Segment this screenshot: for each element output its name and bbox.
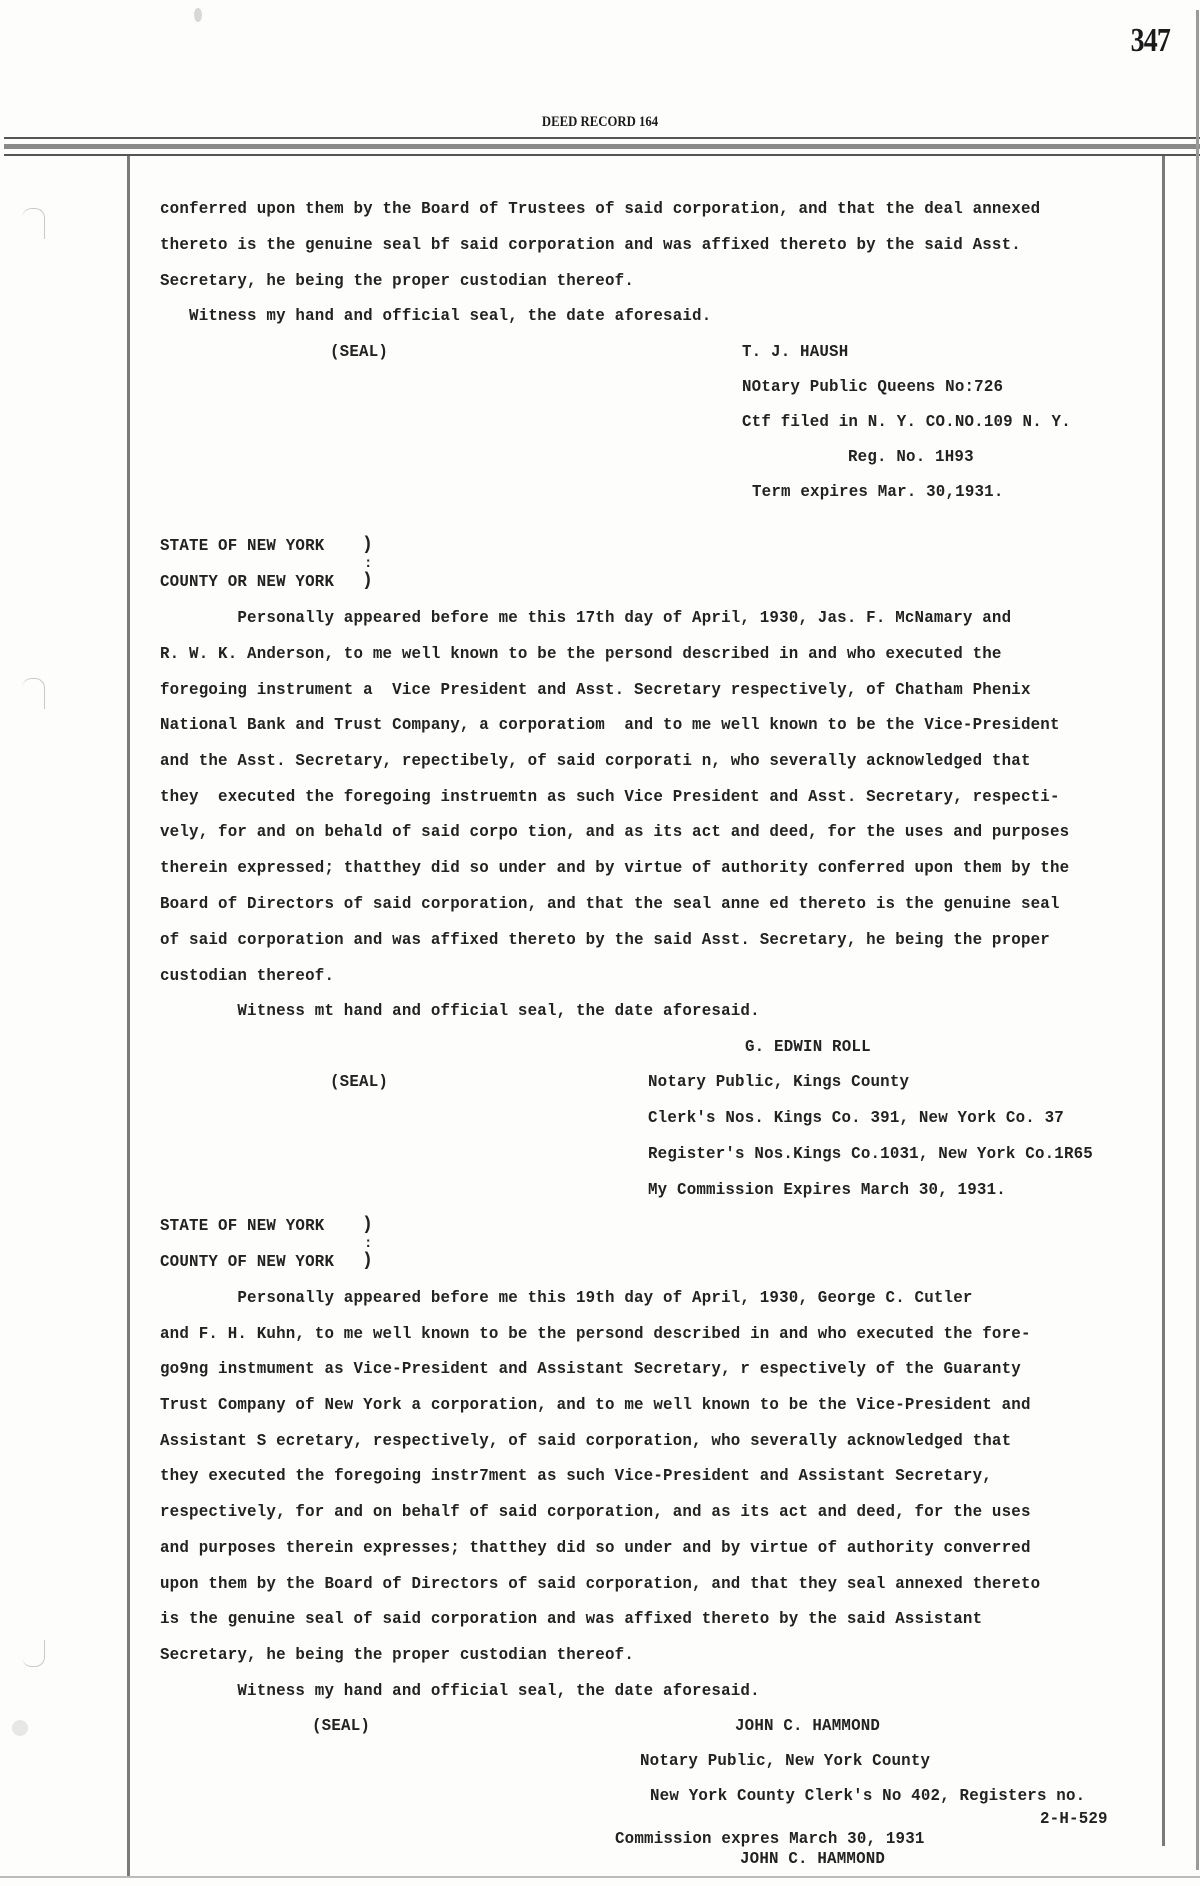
- body-text-line: vely, for and on behald of said corpo ti…: [160, 823, 1069, 843]
- notary-detail: Commission expres March 30, 1931: [615, 1830, 925, 1850]
- venue-county: COUNTY OF NEW YORK: [160, 1253, 334, 1273]
- body-text-line: foregoing instrument a Vice President an…: [160, 681, 1031, 701]
- body-text-line: Secretary, he being the proper custodian…: [160, 1646, 634, 1666]
- body-text-line: R. W. K. Anderson, to me well known to b…: [160, 645, 1002, 665]
- venue-brace: ): [362, 535, 373, 555]
- body-text-line: Assistant S ecretary, respectively, of s…: [160, 1432, 1011, 1452]
- seal-label: (SEAL): [330, 343, 388, 363]
- binding-hole-mark: [22, 678, 45, 709]
- header-rule-thick: [4, 144, 1200, 149]
- witness-line: Witness mt hand and official seal, the d…: [160, 1002, 760, 1022]
- notary-detail: NOtary Public Queens No:726: [742, 378, 1003, 398]
- body-text-line: Personally appeared before me this 17th …: [160, 609, 1011, 629]
- notary-detail: Notary Public, Kings County: [648, 1073, 909, 1093]
- body-text-line: of said corporation and was affixed ther…: [160, 931, 1050, 951]
- binding-hole-mark: [22, 1640, 45, 1667]
- page-header-title: DEED RECORD 164: [90, 114, 1110, 131]
- body-text-line: and F. H. Kuhn, to me well known to be t…: [160, 1325, 1031, 1345]
- body-text-line: and purposes therein expresses; thatthey…: [160, 1539, 1031, 1559]
- notary-signature-name: JOHN C. HAMMOND: [740, 1850, 885, 1870]
- witness-line: Witness my hand and official seal, the d…: [160, 1682, 760, 1702]
- paper-blemish: [194, 8, 202, 22]
- body-text-line: therein expressed; thatthey did so under…: [160, 859, 1069, 879]
- notary-detail: Register's Nos.Kings Co.1031, New York C…: [648, 1145, 1093, 1165]
- page-number: 347: [1131, 22, 1170, 60]
- body-text-line: Secretary, he being the proper custodian…: [160, 272, 634, 292]
- seal-label: (SEAL): [312, 1717, 370, 1737]
- notary-name: JOHN C. HAMMOND: [735, 1717, 880, 1737]
- body-text-line: they executed the foregoing instruemtn a…: [160, 788, 1060, 808]
- right-margin-line: [1162, 156, 1165, 1846]
- notary-detail: New York County Clerk's No 402, Register…: [650, 1787, 1085, 1807]
- body-text-line: and the Asst. Secretary, repectibely, of…: [160, 752, 1031, 772]
- body-text-line: National Bank and Trust Company, a corpo…: [160, 716, 1060, 736]
- binding-hole-mark: [22, 208, 45, 239]
- notary-detail: Clerk's Nos. Kings Co. 391, New York Co.…: [648, 1109, 1064, 1129]
- notary-detail: Term expires Mar. 30,1931.: [752, 483, 1004, 503]
- venue-county: COUNTY OR NEW YORK: [160, 573, 334, 593]
- seal-label: (SEAL): [330, 1073, 388, 1093]
- body-text-line: custodian thereof.: [160, 967, 334, 987]
- venue-brace: ): [362, 1251, 373, 1271]
- body-text-line: Personally appeared before me this 19th …: [160, 1289, 973, 1309]
- header-rule-bottom: [4, 154, 1200, 156]
- body-text-line: Board of Directors of said corporation, …: [160, 895, 1060, 915]
- header-rule-top: [4, 137, 1200, 139]
- body-text-line: conferred upon them by the Board of Trus…: [160, 200, 1040, 220]
- notary-detail: Notary Public, New York County: [640, 1752, 930, 1772]
- body-text-line: they executed the foregoing instr7ment a…: [160, 1467, 992, 1487]
- body-text-line: upon them by the Board of Directors of s…: [160, 1575, 1040, 1595]
- venue-brace: ): [362, 571, 373, 591]
- body-text-line: respectively, for and on behalf of said …: [160, 1503, 1031, 1523]
- notary-name: T. J. HAUSH: [742, 343, 848, 363]
- left-margin-line: [127, 156, 130, 1876]
- body-text-line: go9ng instmument as Vice-President and A…: [160, 1360, 1021, 1380]
- venue-state: STATE OF NEW YORK: [160, 1217, 324, 1237]
- witness-line: Witness my hand and official seal, the d…: [160, 307, 711, 327]
- paper-smudge: [12, 1720, 28, 1736]
- venue-colon: :: [364, 556, 372, 572]
- venue-brace: ): [362, 1215, 373, 1235]
- notary-name: G. EDWIN ROLL: [745, 1038, 871, 1058]
- body-text-line: Trust Company of New York a corporation,…: [160, 1396, 1031, 1416]
- page-edge: [1196, 10, 1199, 1870]
- notary-detail: Ctf filed in N. Y. CO.NO.109 N. Y.: [742, 413, 1071, 433]
- body-text-line: is the genuine seal of said corporation …: [160, 1610, 982, 1630]
- body-text-line: thereto is the genuine seal bf said corp…: [160, 236, 1021, 256]
- notary-detail: My Commission Expires March 30, 1931.: [648, 1181, 1006, 1201]
- notary-detail: Reg. No. 1H93: [848, 448, 974, 468]
- deed-record-page: 347 DEED RECORD 164 conferred upon them …: [0, 0, 1200, 1886]
- venue-state: STATE OF NEW YORK: [160, 537, 324, 557]
- page-bottom-edge: [0, 1876, 1200, 1878]
- venue-colon: :: [364, 1236, 372, 1252]
- notary-detail: 2-H-529: [1040, 1810, 1108, 1830]
